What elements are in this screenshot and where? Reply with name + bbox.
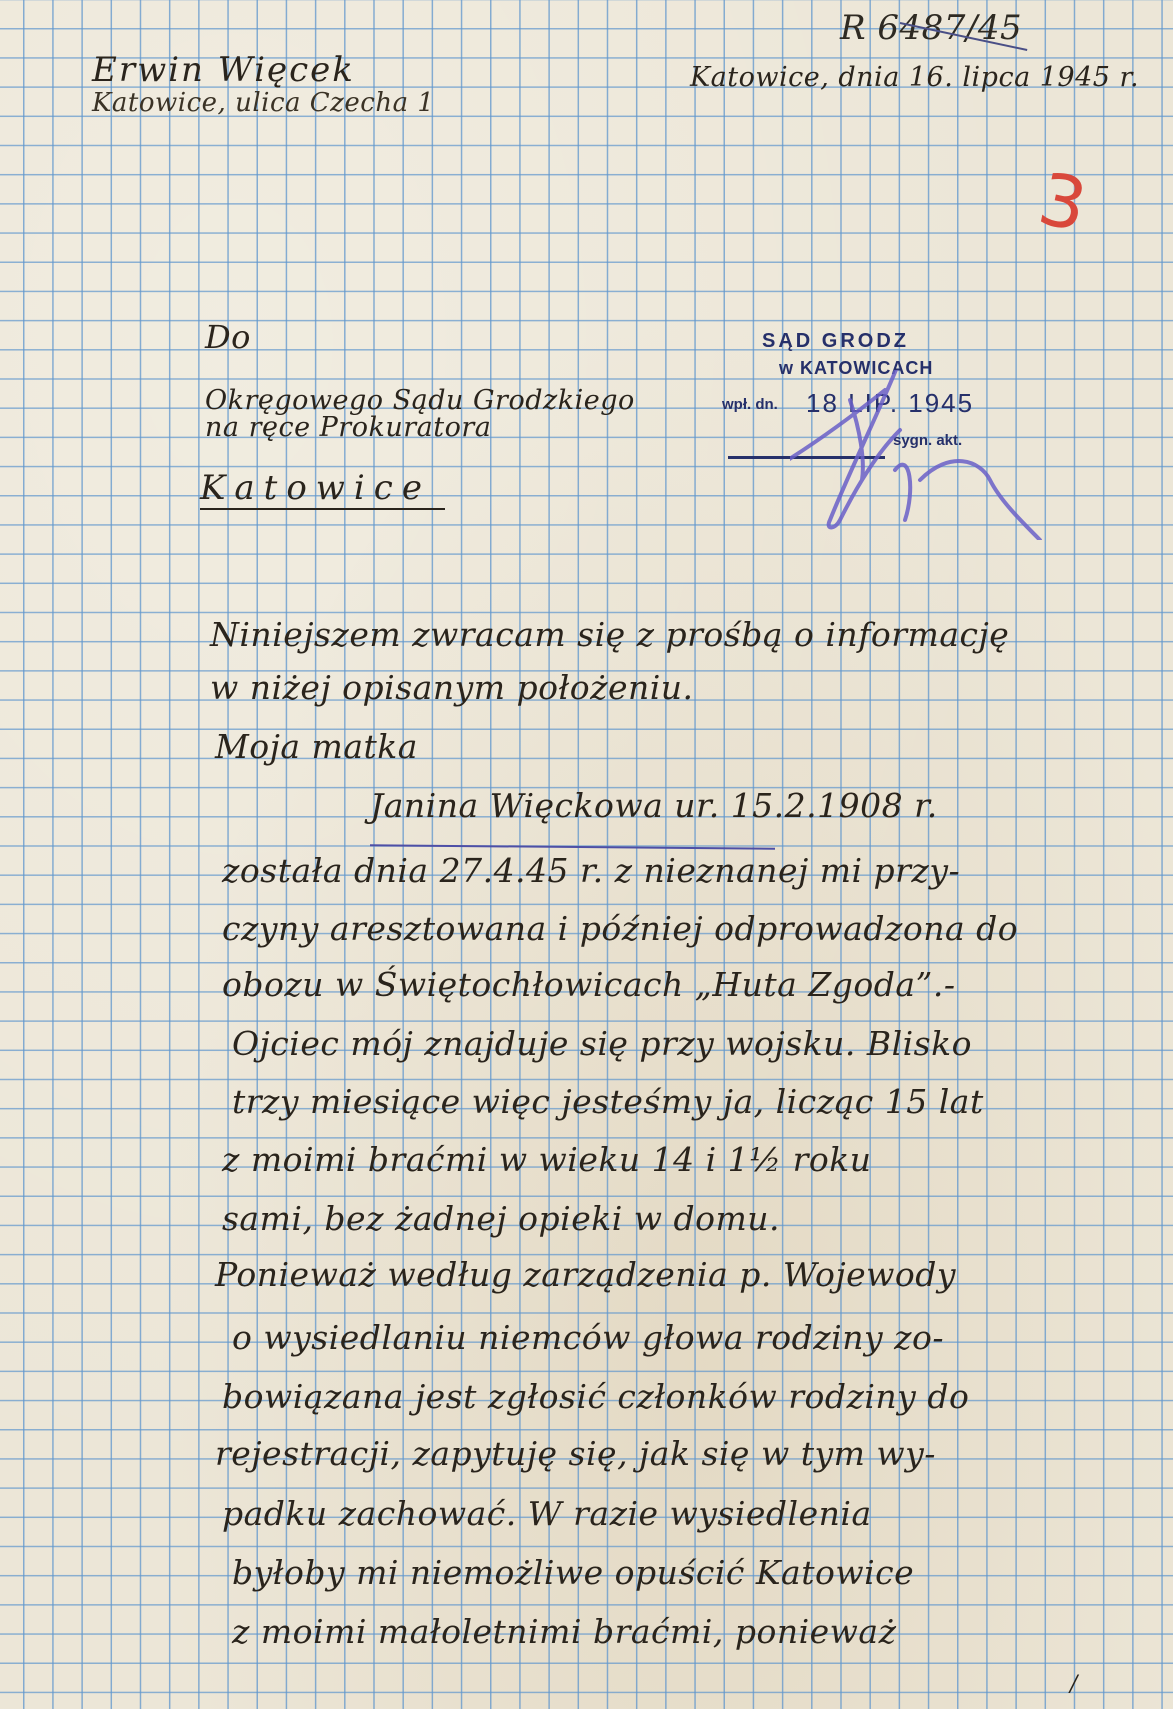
body-line: sami, bez żadnej opieki w domu. bbox=[222, 1199, 780, 1238]
recipient-to-label: Do bbox=[205, 318, 251, 356]
body-line: byłoby mi niemożliwe opuścić Katowice bbox=[232, 1553, 914, 1592]
body-line: Ponieważ według zarządzenia p. Wojewody bbox=[215, 1255, 956, 1294]
body-line: padku zachować. W razie wysiedlenia bbox=[222, 1494, 872, 1533]
body-line: czyny aresztowana i później odprowadzona… bbox=[222, 909, 1018, 948]
body-line: o wysiedlaniu niemców głowa rodziny zo- bbox=[232, 1318, 944, 1357]
sender-address: Katowice, ulica Czecha 1 bbox=[92, 88, 434, 118]
sender-name: Erwin Więcek bbox=[92, 50, 355, 90]
body-line: obozu w Świętochłowicach „Huta Zgoda”.- bbox=[222, 965, 956, 1004]
mother-name-underline bbox=[370, 844, 775, 850]
body-line: w niżej opisanym położeniu. bbox=[210, 668, 694, 707]
page-continue-mark: / bbox=[1070, 1672, 1078, 1697]
stamp-court-line: SĄD GRODZ bbox=[762, 330, 909, 353]
body-line: trzy miesiące więc jesteśmy ja, licząc 1… bbox=[232, 1082, 984, 1121]
official-signature-scribble bbox=[790, 370, 1050, 540]
place-and-date: Katowice, dnia 16. lipca 1945 r. bbox=[690, 62, 1139, 93]
stamp-received-label: wpł. dn. bbox=[722, 396, 778, 413]
body-line: bowiązana jest zgłosić członków rodziny … bbox=[222, 1377, 969, 1416]
red-pencil-page-number: 3 bbox=[1032, 156, 1094, 248]
body-line: z moimi małoletnimi braćmi, ponieważ bbox=[232, 1612, 896, 1651]
letter-page: Erwin Więcek Katowice, ulica Czecha 1 R … bbox=[0, 0, 1173, 1709]
body-line: Ojciec mój znajduje się przy wojsku. Bli… bbox=[232, 1024, 972, 1063]
body-line: z moimi braćmi w wieku 14 i 1½ roku bbox=[222, 1140, 872, 1179]
recipient-city: Katowice bbox=[200, 468, 445, 510]
recipient-attention: na ręce Prokuratora bbox=[205, 412, 491, 443]
mother-name-line: Janina Więckowa ur. 15.2.1908 r. bbox=[370, 786, 938, 825]
body-line: została dnia 27.4.45 r. z nieznanej mi p… bbox=[222, 851, 960, 890]
body-line: rejestracji, zapytuję się, jak się w tym… bbox=[215, 1434, 936, 1473]
body-line: Niniejszem zwracam się z prośbą o inform… bbox=[210, 615, 1009, 654]
body-line: Moja matka bbox=[215, 727, 418, 766]
